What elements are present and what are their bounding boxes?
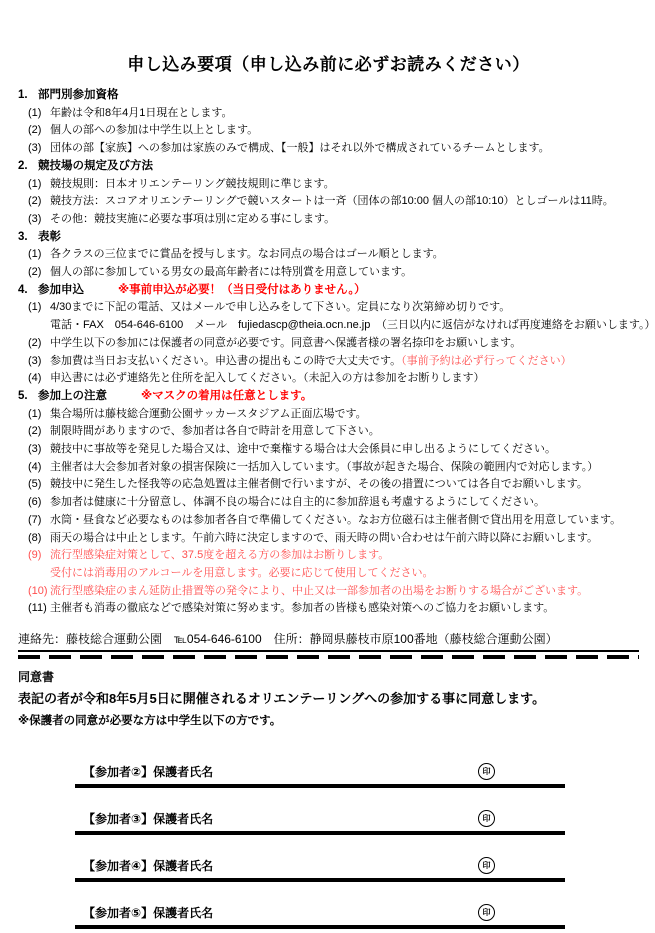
section-title: 参加申込 xyxy=(38,284,84,296)
section-5-item-11: (11)主催者も消毒の徹底などで感染対策に努めます。参加者の皆様も感染対策へのご… xyxy=(18,600,639,618)
application-guide-document: 申し込み要項（申し込み前に必ずお読みください） 1.部門別参加資格 (1)年齢は… xyxy=(0,0,655,933)
section-number: 1. xyxy=(18,87,38,105)
section-5-item-6: (6)参加者は健康に十分留意し、体調不良の場合には自主的に参加辞退も考慮するよう… xyxy=(18,494,639,512)
item-number: (2) xyxy=(28,122,50,140)
section-5-item-8: (8)雨天の場合は中止とします。午前六時に決定しますので、雨天時の問い合わせは午… xyxy=(18,530,639,548)
section-5-item-9: (9)流行型感染症対策として、37.5度を超える方の参加はお断りします。 xyxy=(18,547,639,565)
seal-icon: 印 xyxy=(478,810,495,827)
section-4-item-3: (3)参加費は当日お支払いください。申込書の提出もこの時で大丈夫です。（事前予約… xyxy=(18,353,639,371)
item-number: (2) xyxy=(28,335,50,353)
section-5-item-3: (3)競技中に事故等を発見した場合又は、途中で棄権する場合は大会係員に申し出るよ… xyxy=(18,441,639,459)
item-text: 受付には消毒用のアルコールを用意します。必要に応じて使用してください。 xyxy=(50,567,433,579)
section-red-warning: ※マスクの着用は任意とします。 xyxy=(141,390,312,402)
section-4-heading: 4.参加申込※事前申込が必要！（当日受付はありません。） xyxy=(18,282,639,300)
item-number: (1) xyxy=(28,176,50,194)
section-1-item-3: (3)団体の部【家族】への参加は家族のみで構成、【一般】はそれ以外で構成されてい… xyxy=(18,140,639,158)
item-text: 水筒・昼食など必要なものは参加者各自で準備してください。なお方位磁石は主催者側で… xyxy=(50,514,621,526)
section-2-item-3: (3)その他：競技実施に必要な事項は別に定める事にします。 xyxy=(18,211,639,229)
item-text: 参加者は健康に十分留意し、体調不良の場合には自主的に参加辞退も考慮するようにして… xyxy=(50,496,545,508)
item-text: 競技方法：スコアオリエンテーリングで競いスタートは一斉（団体の部10:00 個人… xyxy=(50,195,614,207)
participant-label: 【参加者③】保護者氏名 xyxy=(83,810,213,827)
signature-row-participant-4: 【参加者④】保護者氏名 印 xyxy=(75,854,565,882)
section-5-item-10: (10)流行型感染症のまん延防止措置等の発令により、中止又は一部参加者の出場をお… xyxy=(18,583,639,601)
item-text: 競技中に事故等を発見した場合又は、途中で棄権する場合は大会係員に申し出るようにし… xyxy=(50,443,556,455)
consent-note: ※保護者の同意が必要な方は中学生以下の方です。 xyxy=(18,710,639,732)
section-5-item-5: (5)競技中に発生した怪我等の応急処置は主催者側で行いますが、その後の措置につい… xyxy=(18,476,639,494)
item-number: (1) xyxy=(28,246,50,264)
item-text: 4/30までに下記の電話、又はメールで申し込みをして下さい。定員になり次第締め切… xyxy=(50,301,510,313)
item-red-note: （事前予約は必ず行ってください） xyxy=(401,355,572,367)
section-number: 4. xyxy=(18,282,38,300)
item-text: 参加費は当日お支払いください。申込書の提出もこの時で大丈夫です。 xyxy=(50,355,401,367)
item-number: (3) xyxy=(28,441,50,459)
item-text: 競技規則：日本オリエンテーリング競技規則に準じます。 xyxy=(50,178,335,190)
section-3-item-1: (1)各クラスの三位までに賞品を授与します。なお同点の場合はゴール順とします。 xyxy=(18,246,639,264)
item-text: 競技中に発生した怪我等の応急処置は主催者側で行いますが、その後の措置については各… xyxy=(50,478,588,490)
item-text: 電話・FAX 054-646-6100 メール fujiedascp@theia… xyxy=(50,319,655,331)
item-number: (2) xyxy=(28,423,50,441)
item-number: (3) xyxy=(28,353,50,371)
signature-row-participant-2: 【参加者②】保護者氏名 印 xyxy=(75,760,565,788)
item-number: (4) xyxy=(28,459,50,477)
section-2-item-2: (2)競技方法：スコアオリエンテーリングで競いスタートは一斉（団体の部10:00… xyxy=(18,193,639,211)
item-number: (2) xyxy=(28,264,50,282)
item-text: 雨天の場合は中止とします。午前六時に決定しますので、雨天時の問い合わせは午前六時… xyxy=(50,532,598,544)
section-title: 部門別参加資格 xyxy=(38,89,119,101)
signature-row-participant-3: 【参加者③】保護者氏名 印 xyxy=(75,807,565,835)
item-number: (8) xyxy=(28,530,50,548)
section-5-item-4: (4)主催者は大会参加者対象の損害保険に一括加入しています。（事故が起きた場合、… xyxy=(18,459,639,477)
section-4-item-4: (4)申込書には必ず連絡先と住所を記入してください。（未記入の方は参加をお断りし… xyxy=(18,370,639,388)
section-2-item-1: (1)競技規則：日本オリエンテーリング競技規則に準じます。 xyxy=(18,176,639,194)
participant-label: 【参加者②】保護者氏名 xyxy=(83,763,213,780)
section-2-heading: 2.競技場の規定及び方法 xyxy=(18,158,639,176)
item-text: 主催者も消毒の徹底などで感染対策に努めます。参加者の皆様も感染対策へのご協力をお… xyxy=(50,602,554,614)
section-5-item-7: (7)水筒・昼食など必要なものは参加者各自で準備してください。なお方位磁石は主催… xyxy=(18,512,639,530)
section-3-heading: 3.表彰 xyxy=(18,229,639,247)
section-title: 参加上の注意 xyxy=(38,390,107,402)
page-title: 申し込み要項（申し込み前に必ずお読みください） xyxy=(18,52,639,78)
item-number: (9) xyxy=(28,547,50,565)
seal-icon: 印 xyxy=(478,763,495,780)
item-number: (3) xyxy=(28,140,50,158)
item-text: 団体の部【家族】への参加は家族のみで構成、【一般】はそれ以外で構成されているチー… xyxy=(50,142,550,154)
item-number: (5) xyxy=(28,476,50,494)
item-text: 制限時間がありますので、参加者は各自で時計を用意して下さい。 xyxy=(50,425,380,437)
item-number: (11) xyxy=(28,600,50,618)
dashed-divider xyxy=(18,655,639,659)
section-number: 3. xyxy=(18,229,38,247)
item-number: (10) xyxy=(28,583,50,601)
item-number: (7) xyxy=(28,512,50,530)
section-title: 競技場の規定及び方法 xyxy=(38,160,153,172)
consent-statement: 表記の者が令和8年5月5日に開催されるオリエンテーリングへの参加する事に同意しま… xyxy=(18,688,639,710)
item-text: 中学生以下の参加には保護者の同意が必要です。同意書へ保護者様の署名捺印をお願いし… xyxy=(50,337,521,349)
item-text: 集合場所は藤枝総合運動公園サッカースタジアム正面広場です。 xyxy=(50,408,367,420)
item-text: その他：競技実施に必要な事項は別に定める事にします。 xyxy=(50,213,335,225)
section-number: 5. xyxy=(18,388,38,406)
item-number: (3) xyxy=(28,211,50,229)
item-text: 流行型感染症対策として、37.5度を超える方の参加はお断りします。 xyxy=(50,549,389,561)
seal-icon: 印 xyxy=(478,857,495,874)
section-4-item-1: (1)4/30までに下記の電話、又はメールで申し込みをして下さい。定員になり次第… xyxy=(18,299,639,317)
participant-label: 【参加者④】保護者氏名 xyxy=(83,857,213,874)
section-1-heading: 1.部門別参加資格 xyxy=(18,87,639,105)
item-text: 申込書には必ず連絡先と住所を記入してください。（未記入の方は参加をお断りします） xyxy=(50,372,485,384)
consent-heading: 同意書 xyxy=(18,666,639,688)
item-text: 個人の部に参加している男女の最高年齢者には特別賞を用意しています。 xyxy=(50,266,412,278)
section-1-item-1: (1)年齢は令和8年4月1日現在とします。 xyxy=(18,105,639,123)
item-text: 流行型感染症のまん延防止措置等の発令により、中止又は一部参加者の出場をお断りする… xyxy=(50,585,588,597)
item-number: (1) xyxy=(28,406,50,424)
section-1-item-2: (2)個人の部への参加は中学生以上とします。 xyxy=(18,122,639,140)
item-number: (1) xyxy=(28,299,50,317)
section-red-warning: ※事前申込が必要！（当日受付はありません。） xyxy=(118,284,366,296)
item-number: (4) xyxy=(28,370,50,388)
section-number: 2. xyxy=(18,158,38,176)
item-text: 主催者は大会参加者対象の損害保険に一括加入しています。（事故が起きた場合、保険の… xyxy=(50,461,598,473)
item-number: (2) xyxy=(28,193,50,211)
section-4-item-2: (2)中学生以下の参加には保護者の同意が必要です。同意書へ保護者様の署名捺印をお… xyxy=(18,335,639,353)
signature-block: 【参加者②】保護者氏名 印 【参加者③】保護者氏名 印 【参加者④】保護者氏名 … xyxy=(75,760,565,929)
item-text: 年齢は令和8年4月1日現在とします。 xyxy=(50,107,232,119)
section-4-contact-detail: 電話・FAX 054-646-6100 メール fujiedascp@theia… xyxy=(18,317,639,335)
signature-row-participant-5: 【参加者⑤】保護者氏名 印 xyxy=(75,901,565,929)
section-5-heading: 5.参加上の注意※マスクの着用は任意とします。 xyxy=(18,388,639,406)
participant-label: 【参加者⑤】保護者氏名 xyxy=(83,904,213,921)
section-5-item-2: (2)制限時間がありますので、参加者は各自で時計を用意して下さい。 xyxy=(18,423,639,441)
section-5-item-1: (1)集合場所は藤枝総合運動公園サッカースタジアム正面広場です。 xyxy=(18,406,639,424)
item-text: 各クラスの三位までに賞品を授与します。なお同点の場合はゴール順とします。 xyxy=(50,248,444,260)
section-5-item-9-continued: 受付には消毒用のアルコールを用意します。必要に応じて使用してください。 xyxy=(18,565,639,583)
section-3-item-2: (2)個人の部に参加している男女の最高年齢者には特別賞を用意しています。 xyxy=(18,264,639,282)
item-number: (6) xyxy=(28,494,50,512)
section-title: 表彰 xyxy=(38,231,61,243)
item-text: 個人の部への参加は中学生以上とします。 xyxy=(50,124,258,136)
item-number: (1) xyxy=(28,105,50,123)
seal-icon: 印 xyxy=(478,904,495,921)
contact-line: 連絡先：藤枝総合運動公園 ℡054-646-6100 住所：静岡県藤枝市原100… xyxy=(18,630,639,652)
